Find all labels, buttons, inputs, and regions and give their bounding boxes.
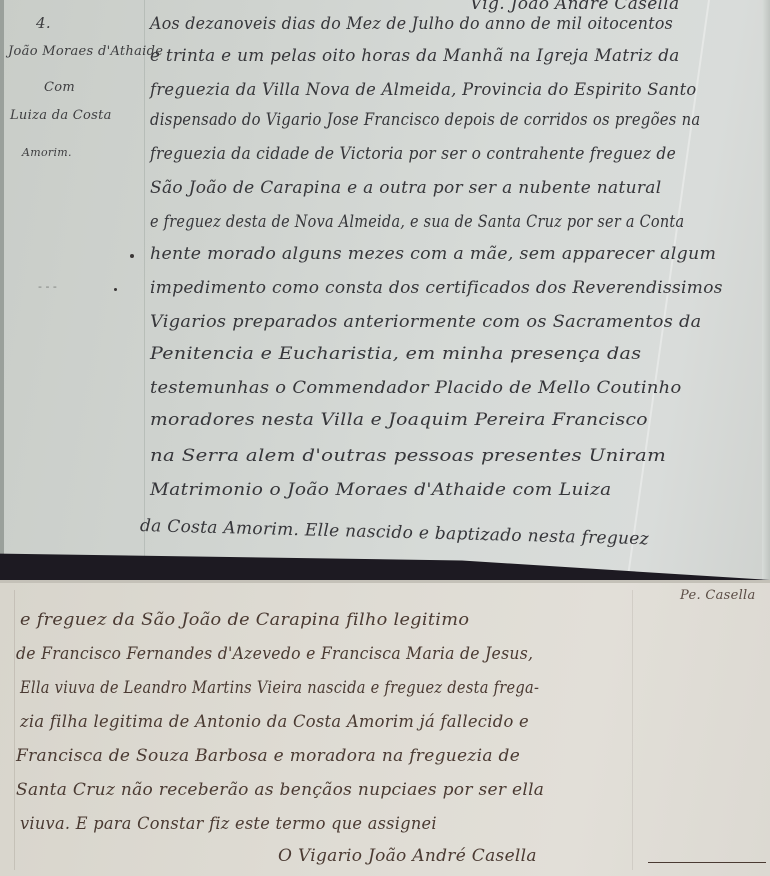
register-line: de Francisco Fernandes d'Azevedo e Franc… [16, 644, 533, 664]
register-line: Vigarios preparados anteriormente com os… [150, 312, 702, 332]
register-line: testemunhas o Commendador Placido de Mel… [150, 378, 682, 398]
ink-dot [114, 288, 117, 291]
page-left-border [0, 0, 4, 560]
register-line: impedimento como consta dos certificados… [150, 278, 723, 298]
register-line: São João de Carapina e a outra por ser a… [150, 178, 661, 198]
margin-bride-name-line2: Amorim. [22, 146, 72, 159]
margin-connector: Com [44, 80, 75, 95]
margin-groom-name: João Moraes d'Athaide [8, 44, 163, 59]
register-line: e trinta e um pelas oito horas da Manhã … [150, 46, 680, 66]
vicar-signature: O Vigario João André Casella [278, 846, 537, 866]
register-line: viuva. E para Constar fiz este termo que… [20, 814, 437, 834]
ink-dot [130, 254, 134, 258]
signature-underline [648, 862, 766, 863]
register-line: Ella viuva de Leandro Martins Vieira nas… [20, 678, 539, 698]
margin-rule [144, 0, 145, 560]
photo-shadow-edge [0, 550, 770, 580]
margin-bride-name-line1: Luiza da Costa [10, 108, 112, 123]
register-line: moradores nesta Villa e Joaquim Pereira … [150, 410, 648, 430]
register-line: freguezia da Villa Nova de Almeida, Prov… [150, 80, 697, 100]
page-rule [632, 590, 633, 870]
register-line: Matrimonio o João Moraes d'Athaide com L… [150, 480, 611, 500]
register-line: e freguez da São João de Carapina filho … [20, 610, 469, 630]
register-line: Aos dezanoveis dias do Mez de Julho do a… [150, 14, 673, 34]
register-line: e freguez desta de Nova Almeida, e sua d… [150, 212, 684, 232]
entry-number: 4. [36, 14, 51, 32]
register-line: Santa Cruz não receberão as bençãos nupc… [16, 780, 544, 800]
photo-top-edge [0, 580, 770, 583]
page-right-edge [762, 0, 770, 580]
faint-mark: - - - [38, 280, 57, 293]
register-page-photo-bottom: Pe. Casella e freguez da São João de Car… [0, 580, 770, 876]
margin-rule [14, 590, 15, 870]
register-line: freguezia da cidade de Victoria por ser … [150, 144, 676, 164]
marginal-signature: Pe. Casella [680, 588, 756, 603]
register-line: Penitencia e Eucharistia, em minha prese… [150, 344, 641, 364]
register-line: na Serra alem d'outras pessoas presentes… [150, 446, 666, 466]
register-line: dispensado do Vigario Jose Francisco dep… [150, 110, 700, 130]
register-line: da Costa Amorim. Elle nascido e baptizad… [140, 516, 649, 549]
register-line: hente morado alguns mezes com a mãe, sem… [150, 244, 716, 264]
register-line: Francisca de Souza Barbosa e moradora na… [16, 746, 520, 766]
register-page-photo-top: Vig. João André Casella 4. João Moraes d… [0, 0, 770, 580]
header-fragment: Vig. João André Casella [470, 0, 679, 14]
register-line: zia filha legitima de Antonio da Costa A… [20, 712, 529, 732]
